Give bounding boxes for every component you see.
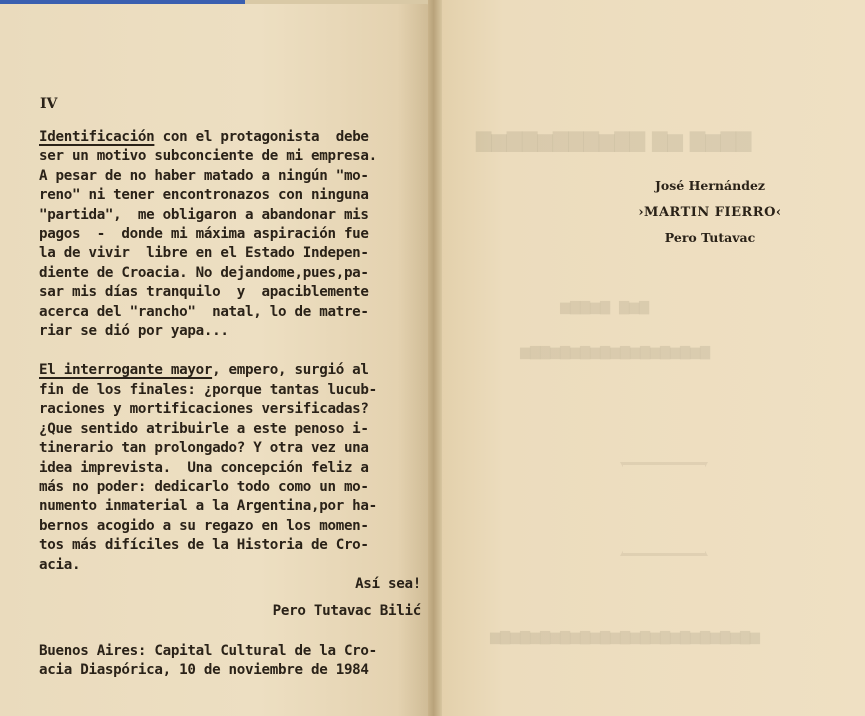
text-line: pagos - donde mi máxima aspiración fue [39,225,421,244]
bleed-through-text: ▆▇▆▇▆▇▆▇▆▇▆▇▆▇▆▇▆▇▆▇▆▇▆▇▆▇▆ [490,630,760,645]
text-line: riar se dió por yapa... [39,322,421,341]
underlined-lead: El interrogante mayor [39,362,212,378]
signature: Pero Tutavac Bilić [39,602,421,621]
page-number: IV [40,96,57,112]
book-gutter [428,0,442,716]
text-line: diente de Croacia. No dejandome,pues,pa- [39,264,421,283]
underlined-lead: Identificación [39,129,154,145]
bleed-through-text: ▆▇▇▆▇ ▇▆▇ [560,300,649,315]
text-line: acerca del "rancho" natal, lo de matre- [39,303,421,322]
dateline: Buenos Aires: Capital Cultural de la Cro… [39,642,421,681]
text-line: ser un motivo subconciente de mi empresa… [39,147,421,166]
left-page-text: Identificación con el protagonista debe … [39,128,421,681]
text-line: más no poder: dedicarlo todo como un mo- [39,478,421,497]
paragraph-2: El interrogante mayor, empero, surgió al… [39,361,421,574]
text-line: tinerario tan prolongado? Y otra vez una [39,439,421,458]
bleed-through-text: ▆▇▇▆▇▆▇▆▇▆▇▆▇▆▇▆▇▆▇ [520,345,710,360]
title-page-block: José Hernández ›MARTIN FIERRO‹ Pero Tuta… [615,172,805,250]
text-line: A pesar de no haber matado a ningún "mo- [39,167,421,186]
text-line: la de vivir libre en el Estado Indepen- [39,244,421,263]
text-line: sar mis días tranquilo y apaciblemente [39,283,421,302]
text-line: ¿Que sentido atribuirle a este penoso i- [39,420,421,439]
translator-name: Pero Tutavac [615,226,805,250]
text-line: acia. [39,556,421,575]
author-name: José Hernández [615,172,805,200]
work-title: ›MARTIN FIERRO‹ [615,200,805,226]
closing-phrase: Así sea! [39,575,421,594]
text-line: raciones y mortificaciones versificadas? [39,400,421,419]
text-line: tos más difíciles de la Historia de Cro- [39,536,421,555]
text-line: fin de los finales: ¿porque tantas lucub… [39,381,421,400]
text-line: reno" ni tener encontronazos con ninguna [39,186,421,205]
text-line: "partida", me obligaron a abandonar mis [39,206,421,225]
bleed-through-text: ▇▆▇▇▆▇▇▇▆▇▇ ▇▆ ▇▆▇▇ [476,128,751,152]
text-line: idea imprevista. Una concepción feliz a [39,459,421,478]
text-line: bernos acogido a su regazo en los momen- [39,517,421,536]
paragraph-1: Identificación con el protagonista debe … [39,128,421,341]
text-line: numento inmaterial a la Argentina,por ha… [39,497,421,516]
